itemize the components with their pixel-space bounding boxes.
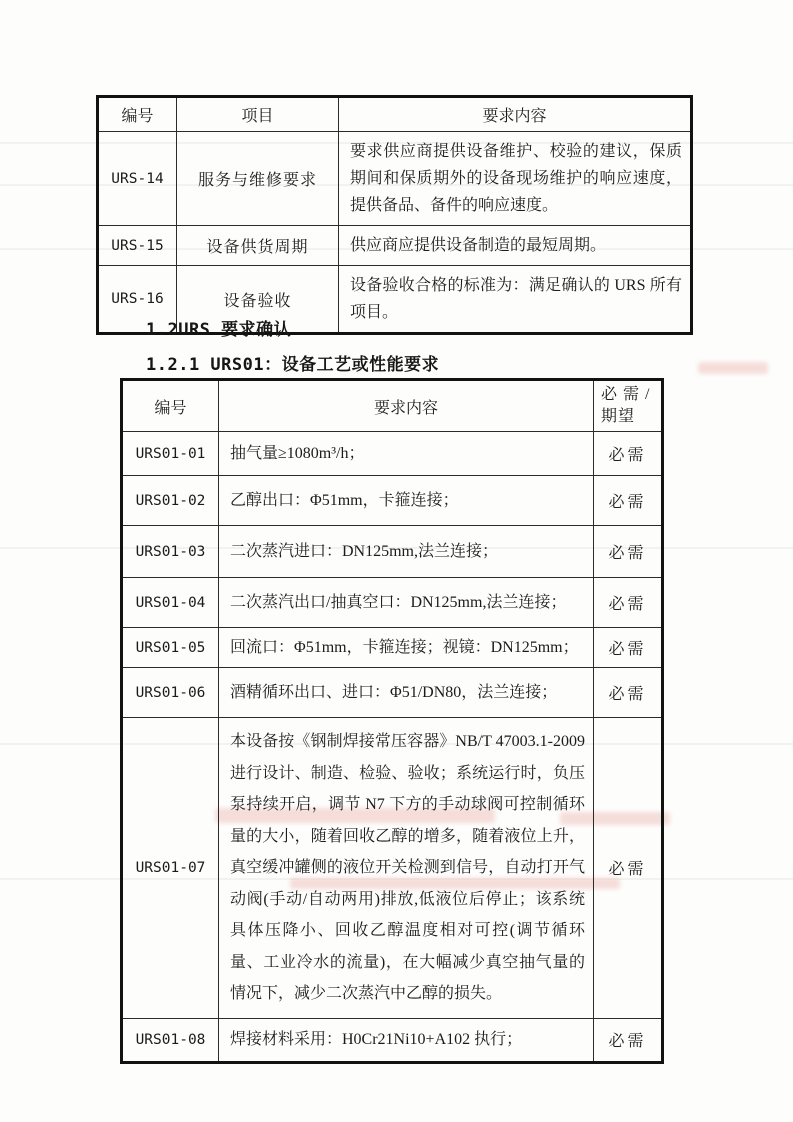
urs-code-cell: URS01-02 [122,476,219,526]
requirement-cell: 必需 [594,668,663,718]
urs-content-cell: 焊接材料采用：H0Cr21Ni10+A102 执行； [219,1018,594,1062]
urs01-requirements-table: 编号 要求内容 必 需 / 期望 URS01-01 抽气量≥1080m³/h； … [120,378,664,1064]
table-row: URS01-03 二次蒸汽进口：DN125mm,法兰连接； 必需 [122,526,663,578]
table-header-row: 编号 要求内容 必 需 / 期望 [122,380,663,432]
table-row: URS01-02 乙醇出口：Φ51mm，卡箍连接； 必需 [122,476,663,526]
urs-code-cell: URS01-01 [122,432,219,476]
requirement-cell: 必需 [594,628,663,668]
section-heading: 1.2URS 要求确认 [146,315,291,340]
urs-code-cell: URS01-05 [122,628,219,668]
urs-content-cell: 回流口：Φ51mm，卡箍连接；视镜：DN125mm； [219,628,594,668]
urs-general-table: 编号 项目 要求内容 URS-14 服务与维修要求 要求供应商提供设备维护、校验… [96,95,693,335]
column-header-item: 项目 [177,97,339,132]
urs-content-cell: 供应商应提供设备制造的最短周期。 [339,226,692,266]
table-row: URS01-05 回流口：Φ51mm，卡箍连接；视镜：DN125mm； 必需 [122,628,663,668]
requirement-cell: 必需 [594,476,663,526]
table-row: URS01-01 抽气量≥1080m³/h； 必需 [122,432,663,476]
urs-code-cell: URS01-03 [122,526,219,578]
table-row: URS-15 设备供货周期 供应商应提供设备制造的最短周期。 [98,226,692,266]
requirement-cell: 必需 [594,718,663,1019]
requirement-cell: 必需 [594,578,663,628]
column-header-content: 要求内容 [219,380,594,432]
urs-content-cell: 要求供应商提供设备维护、校验的建议，保质期间和保质期外的设备现场维护的响应速度，… [339,132,692,226]
table-row: URS01-04 二次蒸汽出口/抽真空口：DN125mm,法兰连接； 必需 [122,578,663,628]
urs-code-cell: URS-15 [98,226,177,266]
ink-bleed-artifact [698,362,768,374]
urs-content-cell: 设备验收合格的标准为：满足确认的 URS 所有项目。 [339,266,692,334]
column-header-content: 要求内容 [339,97,692,132]
requirement-cell: 必需 [594,1018,663,1062]
urs-code-cell: URS01-08 [122,1018,219,1062]
urs-content-cell: 二次蒸汽出口/抽真空口：DN125mm,法兰连接； [219,578,594,628]
table-row: URS01-07 本设备按《钢制焊接常压容器》NB/T 47003.1-2009… [122,718,663,1019]
table-row: URS01-08 焊接材料采用：H0Cr21Ni10+A102 执行； 必需 [122,1018,663,1062]
urs-item-cell: 服务与维修要求 [177,132,339,226]
urs-content-cell: 抽气量≥1080m³/h； [219,432,594,476]
requirement-header-line1: 必 需 / [601,386,650,403]
table-row: URS01-06 酒精循环出口、进口：Φ51/DN80，法兰连接； 必需 [122,668,663,718]
column-header-code: 编号 [98,97,177,132]
urs-content-cell: 本设备按《钢制焊接常压容器》NB/T 47003.1-2009 进行设计、制造、… [219,718,594,1019]
subsection-heading: 1.2.1 URS01：设备工艺或性能要求 [146,350,439,375]
requirement-header-line2: 期望 [601,408,635,425]
urs-code-cell: URS01-07 [122,718,219,1019]
urs-code-cell: URS01-06 [122,668,219,718]
urs-code-cell: URS-14 [98,132,177,226]
table-header-row: 编号 项目 要求内容 [98,97,692,132]
scanned-document-page: 编号 项目 要求内容 URS-14 服务与维修要求 要求供应商提供设备维护、校验… [0,0,793,1122]
column-header-code: 编号 [122,380,219,432]
urs-code-cell: URS01-04 [122,578,219,628]
urs-item-cell: 设备供货周期 [177,226,339,266]
table-row: URS-14 服务与维修要求 要求供应商提供设备维护、校验的建议，保质期间和保质… [98,132,692,226]
requirement-cell: 必需 [594,526,663,578]
urs-content-cell: 乙醇出口：Φ51mm，卡箍连接； [219,476,594,526]
urs-content-cell: 二次蒸汽进口：DN125mm,法兰连接； [219,526,594,578]
urs-content-cell: 酒精循环出口、进口：Φ51/DN80，法兰连接； [219,668,594,718]
requirement-column-header: 必 需 / 期望 [594,380,663,432]
requirement-cell: 必需 [594,432,663,476]
